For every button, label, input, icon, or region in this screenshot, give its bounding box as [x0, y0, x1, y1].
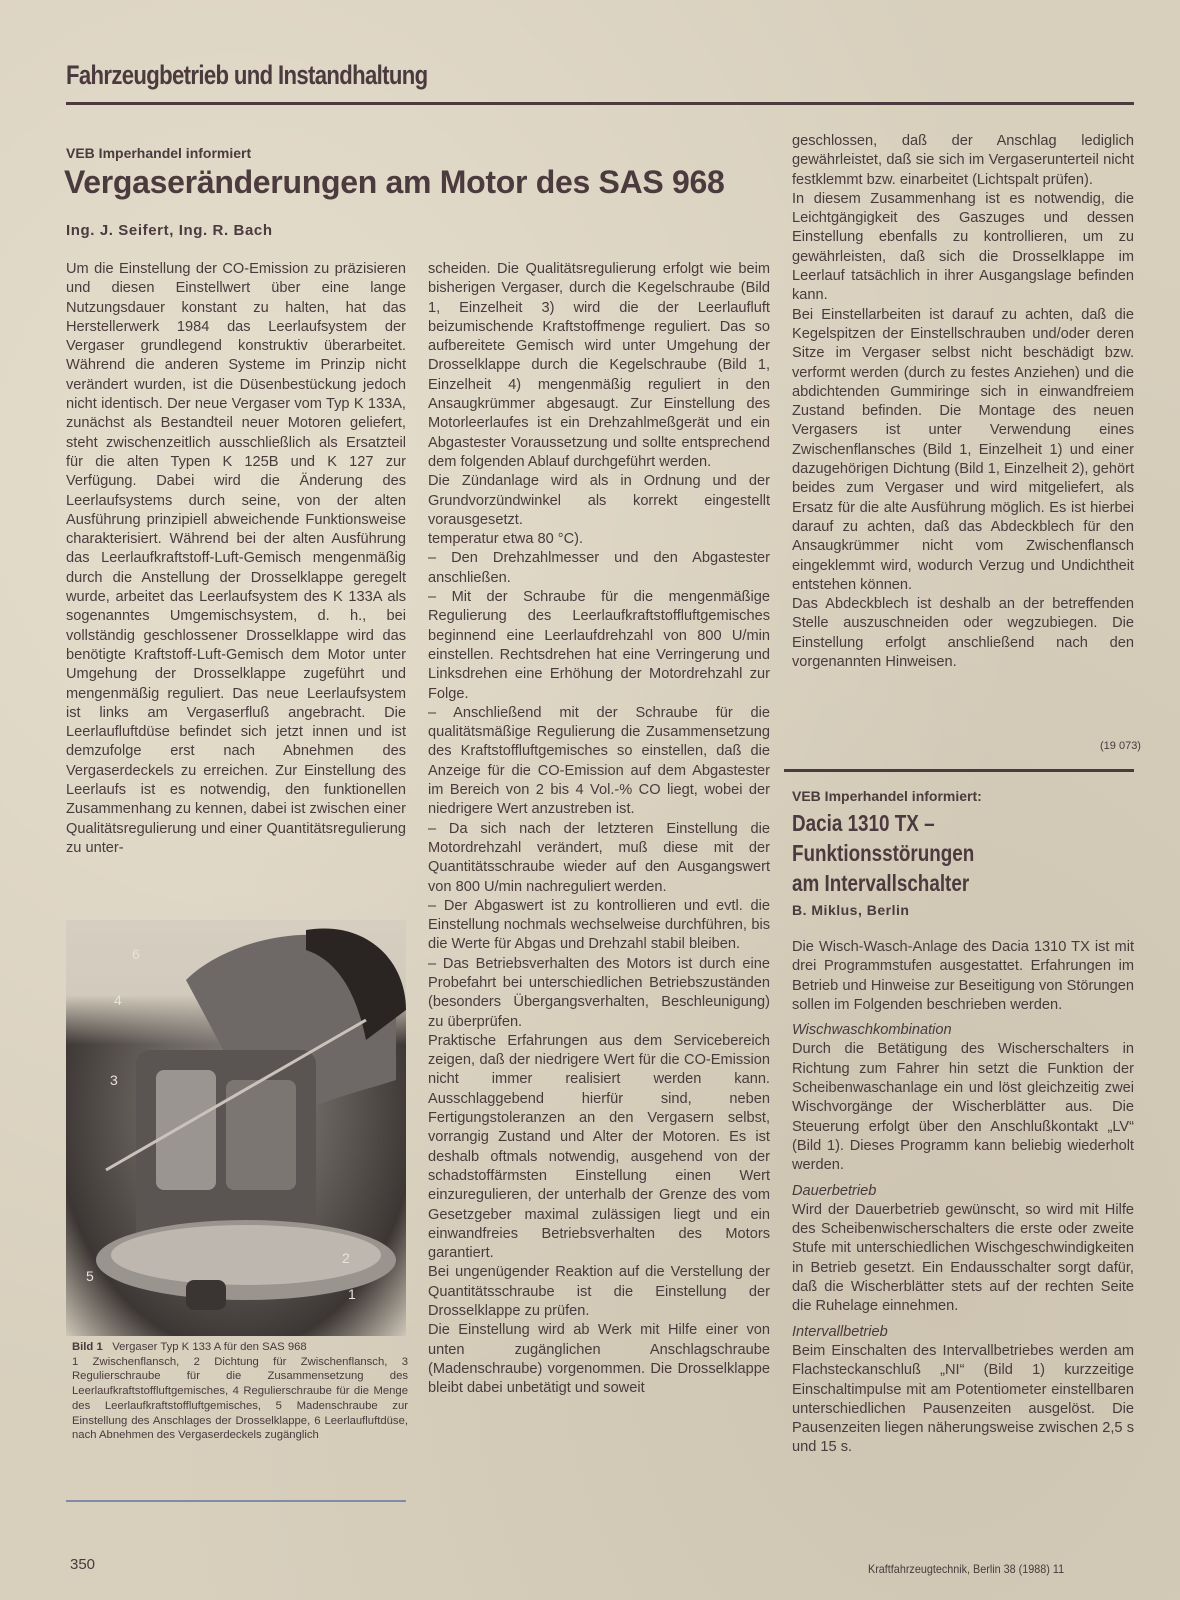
figure-label-6: 6 — [132, 946, 140, 962]
figure-label-5: 5 — [86, 1268, 94, 1284]
figure-label-1: 1 — [348, 1286, 356, 1302]
paragraph: Die Einstellung wird ab Werk mit Hilfe e… — [428, 1321, 770, 1398]
subheading: Intervallbetrieb — [792, 1323, 1134, 1342]
headline-line: Funktionsstörungen — [792, 838, 974, 868]
list-item: – Mit der Schraube für die mengenmäßige … — [428, 588, 770, 704]
paragraph: scheiden. Die Qualitätsregulierung erfol… — [428, 260, 770, 472]
caption-text: 1 Zwischenflansch, 2 Dichtung für Zwisch… — [72, 1356, 408, 1442]
caption-title: Bild 1 — [72, 1341, 103, 1353]
article1-headline: Vergaseränderungen am Motor des SAS 968 — [64, 164, 725, 201]
figure-label-3: 3 — [110, 1072, 118, 1088]
headline-line: Dacia 1310 TX – — [792, 808, 974, 838]
section-title: Fahrzeugbetrieb und Instandhaltung — [66, 60, 427, 91]
paragraph: Praktische Erfahrungen aus dem Servicebe… — [428, 1032, 770, 1264]
article1-byline: Ing. J. Seifert, Ing. R. Bach — [66, 222, 273, 239]
paragraph: Bei Einstellarbeiten ist darauf zu achte… — [792, 306, 1134, 595]
paragraph: Das Abdeckblech ist deshalb an der betre… — [792, 595, 1134, 672]
caption-subtitle: Vergaser Typ K 133 A für den SAS 968 — [112, 1341, 307, 1353]
article2-kicker: VEB Imperhandel informiert: — [792, 788, 982, 804]
list-item: – Den Drehzahlmesser und den Abgastester… — [428, 549, 770, 588]
header-rule — [66, 102, 1134, 105]
paragraph: geschlossen, daß der Anschlag lediglich … — [792, 132, 1134, 190]
figure-label-4: 4 — [114, 992, 122, 1008]
page-number: 350 — [70, 1556, 95, 1573]
paragraph: temperatur etwa 80 °C). — [428, 530, 770, 549]
paragraph: Durch die Betätigung des Wischerschalter… — [792, 1040, 1134, 1175]
figure-caption: Bild 1 Vergaser Typ K 133 A für den SAS … — [72, 1340, 408, 1443]
article2-body: Die Wisch-Wasch-Anlage des Dacia 1310 TX… — [792, 938, 1134, 1458]
headline-line: am Intervallschalter — [792, 868, 974, 898]
article1-column-3: geschlossen, daß der Anschlag lediglich … — [792, 132, 1134, 672]
figure-label-2: 2 — [342, 1250, 350, 1266]
article1-column-1: Um die Einstellung der CO-Emission zu pr… — [66, 260, 406, 858]
journal-citation: Kraftfahrzeugtechnik, Berlin 38 (1988) 1… — [868, 1562, 1064, 1576]
figure-rule — [66, 1500, 406, 1502]
carburetor-photo-icon — [66, 920, 406, 1336]
paragraph: Um die Einstellung der CO-Emission zu pr… — [66, 260, 406, 858]
list-item: – Da sich nach der letzteren Einstellung… — [428, 820, 770, 897]
paragraph: Wird der Dauerbetrieb gewünscht, so wird… — [792, 1201, 1134, 1317]
article2-headline: Dacia 1310 TX – Funktionsstörungen am In… — [792, 808, 974, 898]
article1-column-2: scheiden. Die Qualitätsregulierung erfol… — [428, 260, 770, 1399]
article-divider — [784, 769, 1134, 772]
list-item: – Der Abgaswert ist zu kontrollieren und… — [428, 897, 770, 955]
paragraph: Die Zündanlage wird als in Ordnung und d… — [428, 472, 770, 530]
list-item: – Das Betriebsverhalten des Motors ist d… — [428, 955, 770, 1032]
figure-carburetor: 6 4 3 2 5 1 — [66, 920, 406, 1336]
subheading: Dauerbetrieb — [792, 1182, 1134, 1201]
subheading: Wischwaschkombination — [792, 1021, 1134, 1040]
paragraph: Bei ungenügender Reaktion auf die Verste… — [428, 1263, 770, 1321]
article-reference-number: (19 073) — [1100, 740, 1141, 752]
paragraph: Beim Einschalten des Intervallbetriebes … — [792, 1342, 1134, 1458]
paragraph: In diesem Zusammenhang ist es notwendig,… — [792, 190, 1134, 306]
article1-kicker: VEB Imperhandel informiert — [66, 145, 251, 161]
list-item: – Anschließend mit der Schraube für die … — [428, 704, 770, 820]
article2-byline: B. Miklus, Berlin — [792, 902, 909, 918]
paragraph: Die Wisch-Wasch-Anlage des Dacia 1310 TX… — [792, 938, 1134, 1015]
